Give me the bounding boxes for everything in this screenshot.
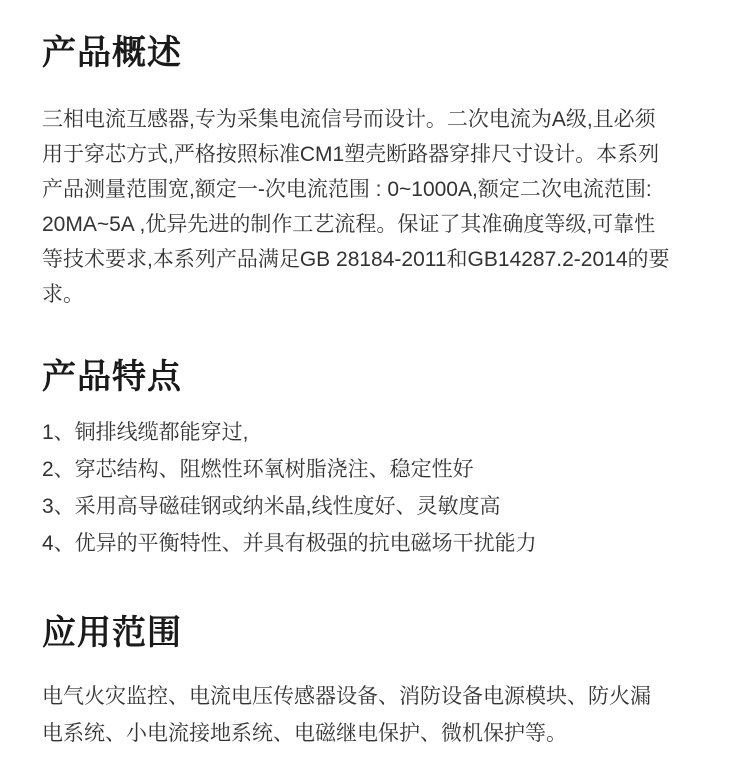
features-title: 产品特点: [42, 358, 712, 396]
overview-line: 产品测量范围宽,额定一-次电流范围 : 0~1000A,额定二次电流范围:: [42, 172, 712, 207]
product-detail-page: 产品概述 三相电流互感器,专为采集电流信号而设计。二次电流为A级,且必须 用于穿…: [0, 0, 750, 782]
overview-paragraph: 三相电流互感器,专为采集电流信号而设计。二次电流为A级,且必须 用于穿芯方式,严…: [42, 102, 712, 312]
section-applications: 应用范围 电气火灾监控、电流电压传感器设备、消防设备电源模块、防火漏 电系统、小…: [42, 614, 712, 752]
overview-line: 三相电流互感器,专为采集电流信号而设计。二次电流为A级,且必须: [42, 102, 712, 137]
feature-item: 3、采用高导磁硅钢或纳米晶,线性度好、灵敏度高: [42, 488, 712, 525]
overview-line: 用于穿芯方式,严格按照标准CM1塑壳断路器穿排尺寸设计。本系列: [42, 137, 712, 172]
overview-line: 等技术要求,本系列产品满足GB 28184-2011和GB14287.2-201…: [42, 242, 712, 277]
feature-list: 1、铜排线缆都能穿过, 2、穿芯结构、阻燃性环氧树脂浇注、稳定性好 3、采用高导…: [42, 414, 712, 562]
overview-title: 产品概述: [42, 34, 712, 72]
overview-line: 求。: [42, 277, 712, 312]
applications-line: 电气火灾监控、电流电压传感器设备、消防设备电源模块、防火漏: [42, 678, 712, 715]
applications-paragraph: 电气火灾监控、电流电压传感器设备、消防设备电源模块、防火漏 电系统、小电流接地系…: [42, 678, 712, 752]
feature-item: 1、铜排线缆都能穿过,: [42, 414, 712, 451]
section-features: 产品特点 1、铜排线缆都能穿过, 2、穿芯结构、阻燃性环氧树脂浇注、稳定性好 3…: [42, 358, 712, 562]
applications-line: 电系统、小电流接地系统、电磁继电保护、微机保护等。: [42, 715, 712, 752]
overview-line: 20MA~5A ,优异先进的制作工艺流程。保证了其准确度等级,可靠性: [42, 207, 712, 242]
feature-item: 4、优异的平衡特性、并具有极强的抗电磁场干扰能力: [42, 525, 712, 562]
feature-item: 2、穿芯结构、阻燃性环氧树脂浇注、稳定性好: [42, 451, 712, 488]
applications-title: 应用范围: [42, 614, 712, 652]
section-overview: 产品概述 三相电流互感器,专为采集电流信号而设计。二次电流为A级,且必须 用于穿…: [42, 34, 712, 312]
